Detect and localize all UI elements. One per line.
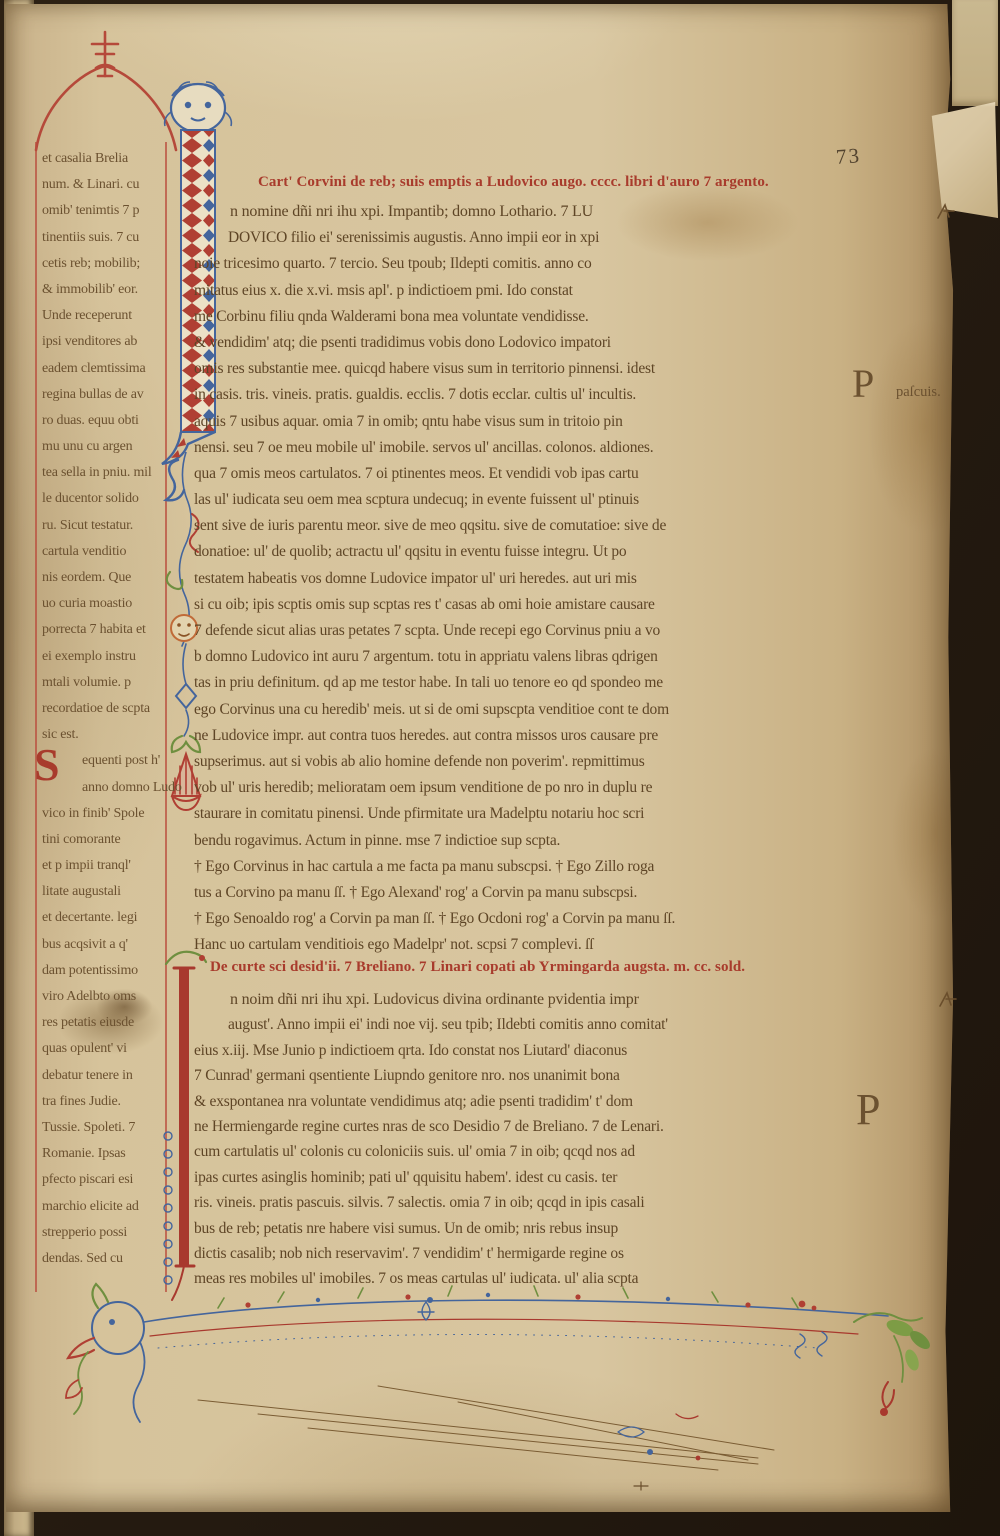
- text-line: tas in priu definitum. qd ap me testor h…: [194, 670, 842, 696]
- gloss-line: cartula venditio: [42, 539, 174, 565]
- text-line: ne Ludovice impr. aut contra tuos herede…: [194, 723, 842, 749]
- text-line: mitatus eius x. die x.vi. msis apl'. p i…: [194, 278, 842, 304]
- margin-note-initial-p: P: [852, 362, 874, 406]
- gloss-line: litate augustali: [42, 879, 174, 905]
- gloss-line: bus acqsivit a q': [42, 932, 174, 958]
- text-line: qua 7 omis meos cartulatos. 7 oi ptinent…: [194, 461, 842, 487]
- marginal-gloss: et casalia Brelianum. & Linari. cuomib' …: [42, 146, 174, 1272]
- text-line: in casis. tris. vineis. pratis. gualdis.…: [194, 382, 842, 408]
- charter-1-text: n nomine dñi nri ihu xpi. Impantib; domn…: [194, 199, 842, 958]
- text-line: ipas curtes asinglis hominib; pati ul' q…: [194, 1165, 842, 1190]
- gloss-line: porrecta 7 habita et: [42, 617, 174, 643]
- gloss-line: ro duas. equu obti: [42, 408, 174, 434]
- text-line: me Corbinu filiu qnda Walderami bona mea…: [194, 304, 842, 330]
- gloss-line: viro Adelbto oms: [42, 984, 174, 1010]
- text-line: 7 defende sicut alias uras petates 7 scp…: [194, 618, 842, 644]
- text-line: n nomine dñi nri ihu xpi. Impantib; domn…: [194, 199, 842, 225]
- text-line: † Ego Corvinus in hac cartula a me facta…: [194, 854, 842, 880]
- text-line: sent sive de iuris parentu meor. sive de…: [194, 513, 842, 539]
- rubric-charter-1: Cart' Corvini de reb; suis emptis a Ludo…: [258, 174, 769, 191]
- gloss-line: et decertante. legi: [42, 905, 174, 931]
- nota-mark-icon: [938, 990, 960, 1010]
- text-line: testatem habeatis vos domne Ludovice imp…: [194, 566, 842, 592]
- text-line: † Ego Senoaldo rog' a Corvin pa man ſſ. …: [194, 906, 842, 932]
- text-line: staurare in comitatu pinensi. Unde pfirm…: [194, 801, 842, 827]
- text-line: las ul' iudicata seu oem mea scptura und…: [194, 487, 842, 513]
- text-line: & vendidim' atq; die psenti tradidimus v…: [194, 330, 842, 356]
- gloss-line: ei exemplo instru: [42, 644, 174, 670]
- rubric-charter-2: De curte sci desid'ii. 7 Breliano. 7 Lin…: [210, 959, 745, 976]
- gloss-line: nis eordem. Que: [42, 565, 174, 591]
- gloss-line: Unde receperunt: [42, 303, 174, 329]
- gloss-line: et casalia Brelia: [42, 146, 174, 172]
- text-line: cum cartulatis ul' colonis cu coloniciis…: [194, 1139, 842, 1164]
- text-line: donatioe: ul' de quolib; actractu ul' qq…: [194, 539, 842, 565]
- gloss-line: tinentiis suis. 7 cu: [42, 225, 174, 251]
- gloss-line: Tussie. Spoleti. 7: [42, 1115, 174, 1141]
- gloss-line: eadem clemtissima: [42, 356, 174, 382]
- margin-note-lower-p: P: [856, 1086, 880, 1134]
- gloss-line: marchio elicite ad: [42, 1194, 174, 1220]
- gloss-line: tini comorante: [42, 827, 174, 853]
- gloss-line: recordatioe de scpta: [42, 696, 174, 722]
- charter-2-text: n noim dñi nri ihu xpi. Ludovicus divina…: [194, 987, 842, 1292]
- folio-number: 73: [835, 143, 862, 170]
- gloss-line: quas opulent' vi: [42, 1036, 174, 1062]
- margin-note-pascuis: paſcuis.: [896, 384, 941, 401]
- text-line: dictis casalib; nob nich reservavim'. 7 …: [194, 1241, 842, 1266]
- gloss-line: equenti post h': [42, 748, 174, 774]
- page-edge-strip: [952, 0, 998, 106]
- text-line: Hanc uo cartulam venditiois ego Madelpr'…: [194, 932, 842, 958]
- text-line: supserimus. aut si vobis ab alio homine …: [194, 749, 842, 775]
- text-line: omis res substantie mee. quicqd habere v…: [194, 356, 842, 382]
- text-line: b domno Ludovico int auru 7 argentum. to…: [194, 644, 842, 670]
- gloss-line: et p impii tranql': [42, 853, 174, 879]
- gloss-line: ru. Sicut testatur.: [42, 513, 174, 539]
- text-line: vob ul' uris heredib; melioratam oem ips…: [194, 775, 842, 801]
- text-line: noie tricesimo quarto. 7 tercio. Seu tpo…: [194, 251, 842, 277]
- text-line: august'. Anno impii ei' indi noe vij. se…: [194, 1012, 842, 1037]
- gloss-line: mtali volumie. p: [42, 670, 174, 696]
- text-line: DOVICO filio ei' serenissimis augustis. …: [194, 225, 842, 251]
- nota-mark-icon: [936, 202, 958, 222]
- ruling-line-left: [35, 142, 37, 1292]
- gloss-line: tra fines Judie.: [42, 1089, 174, 1115]
- gloss-line: & immobilib' eor.: [42, 277, 174, 303]
- gloss-line: cetis reb; mobilib;: [42, 251, 174, 277]
- gloss-line: num. & Linari. cu: [42, 172, 174, 198]
- gloss-line: dam potentissimo: [42, 958, 174, 984]
- gloss-line: omib' tenimtis 7 p: [42, 198, 174, 224]
- gloss-line: mu unu cu argen: [42, 434, 174, 460]
- gloss-line: regina bullas de av: [42, 382, 174, 408]
- gloss-line: strepperio possi: [42, 1220, 174, 1246]
- text-line: nensi. seu 7 oe meu mobile ul' imobile. …: [194, 435, 842, 461]
- text-line: & exspontanea nra voluntate vendidimus a…: [194, 1089, 842, 1114]
- text-line: si cu oib; ipis scptis omis sup scptas r…: [194, 592, 842, 618]
- text-line: bus de reb; petatis nre habere visi sumu…: [194, 1216, 842, 1241]
- text-line: tus a Corvino pa manu ſſ. † Ego Alexand'…: [194, 880, 842, 906]
- gloss-line: anno domno Ludo: [42, 775, 174, 801]
- text-line: ego Corvinus una cu heredib' meis. ut si…: [194, 697, 842, 723]
- text-line: ris. vineis. pratis pascuis. silvis. 7 s…: [194, 1190, 842, 1215]
- gloss-line: le ducentor solido: [42, 486, 174, 512]
- text-line: bendu rogavimus. Actum in pinne. mse 7 i…: [194, 828, 842, 854]
- text-line: n noim dñi nri ihu xpi. Ludovicus divina…: [194, 987, 842, 1012]
- gloss-line: tea sella in pniu. mil: [42, 460, 174, 486]
- gloss-line: pfecto piscari esi: [42, 1167, 174, 1193]
- text-line: ne Hermiengarde regine curtes nras de sc…: [194, 1114, 842, 1139]
- gloss-line: vico in finib' Spole: [42, 801, 174, 827]
- gloss-line: debatur tenere in: [42, 1063, 174, 1089]
- text-line: aquis 7 usibus aquar. omia 7 in omib; qn…: [194, 409, 842, 435]
- gloss-drop-initial: S: [34, 742, 60, 788]
- gloss-line: uo curia moastio: [42, 591, 174, 617]
- gloss-line: Romanie. Ipsas: [42, 1141, 174, 1167]
- gloss-line: dendas. Sed cu: [42, 1246, 174, 1272]
- gloss-line: ipsi venditores ab: [42, 329, 174, 355]
- gloss-line: res petatis eiusde: [42, 1010, 174, 1036]
- gloss-line: sic est.: [42, 722, 174, 748]
- text-line: 7 Cunrad' germani qsentiente Liupndo gen…: [194, 1063, 842, 1088]
- text-line: eius x.iij. Mse Junio p indictioem qrta.…: [194, 1038, 842, 1063]
- bottom-flourish-ornament: [58, 1282, 948, 1496]
